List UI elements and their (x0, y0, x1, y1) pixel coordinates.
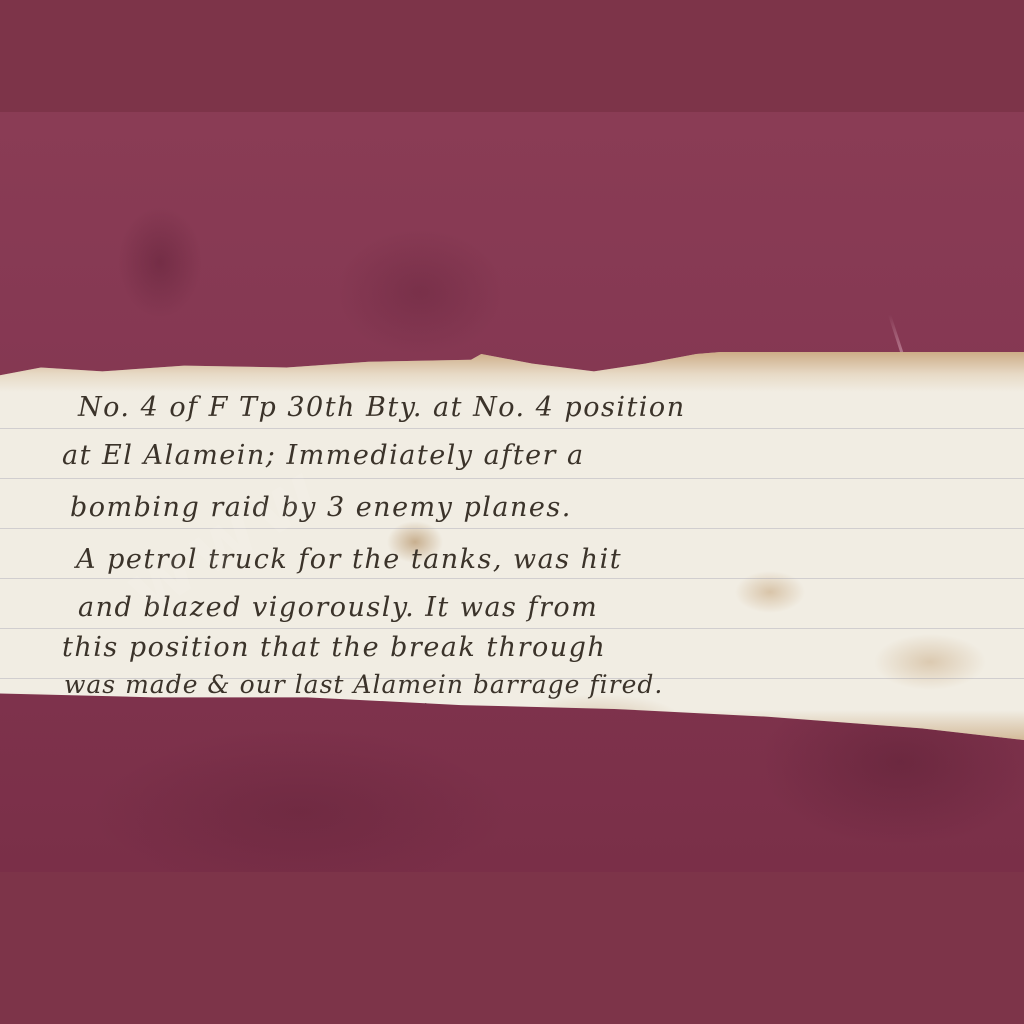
note-line-1: No. 4 of F Tp 30th Bty. at No. 4 positio… (78, 392, 686, 423)
note-line-3: bombing raid by 3 enemy planes. (70, 492, 572, 523)
handwritten-note-paper: No. 4 of F Tp 30th Bty. at No. 4 positio… (0, 352, 1024, 740)
paper-rule (0, 528, 1024, 529)
note-line-5: and blazed vigorously. It was from (78, 592, 598, 623)
paper-rule (0, 578, 1024, 579)
paper-rule (0, 478, 1024, 479)
paper-rule (0, 428, 1024, 429)
paper-rule (0, 628, 1024, 629)
bottom-border-band (0, 872, 1024, 1024)
top-border-band (0, 0, 1024, 112)
note-line-4: A petrol truck for the tanks, was hit (76, 544, 622, 575)
note-line-2: at El Alamein; Immediately after a (62, 440, 585, 471)
note-line-6: this position that the break through (62, 632, 606, 663)
note-line-7: was made & our last Alamein barrage fire… (64, 670, 663, 699)
